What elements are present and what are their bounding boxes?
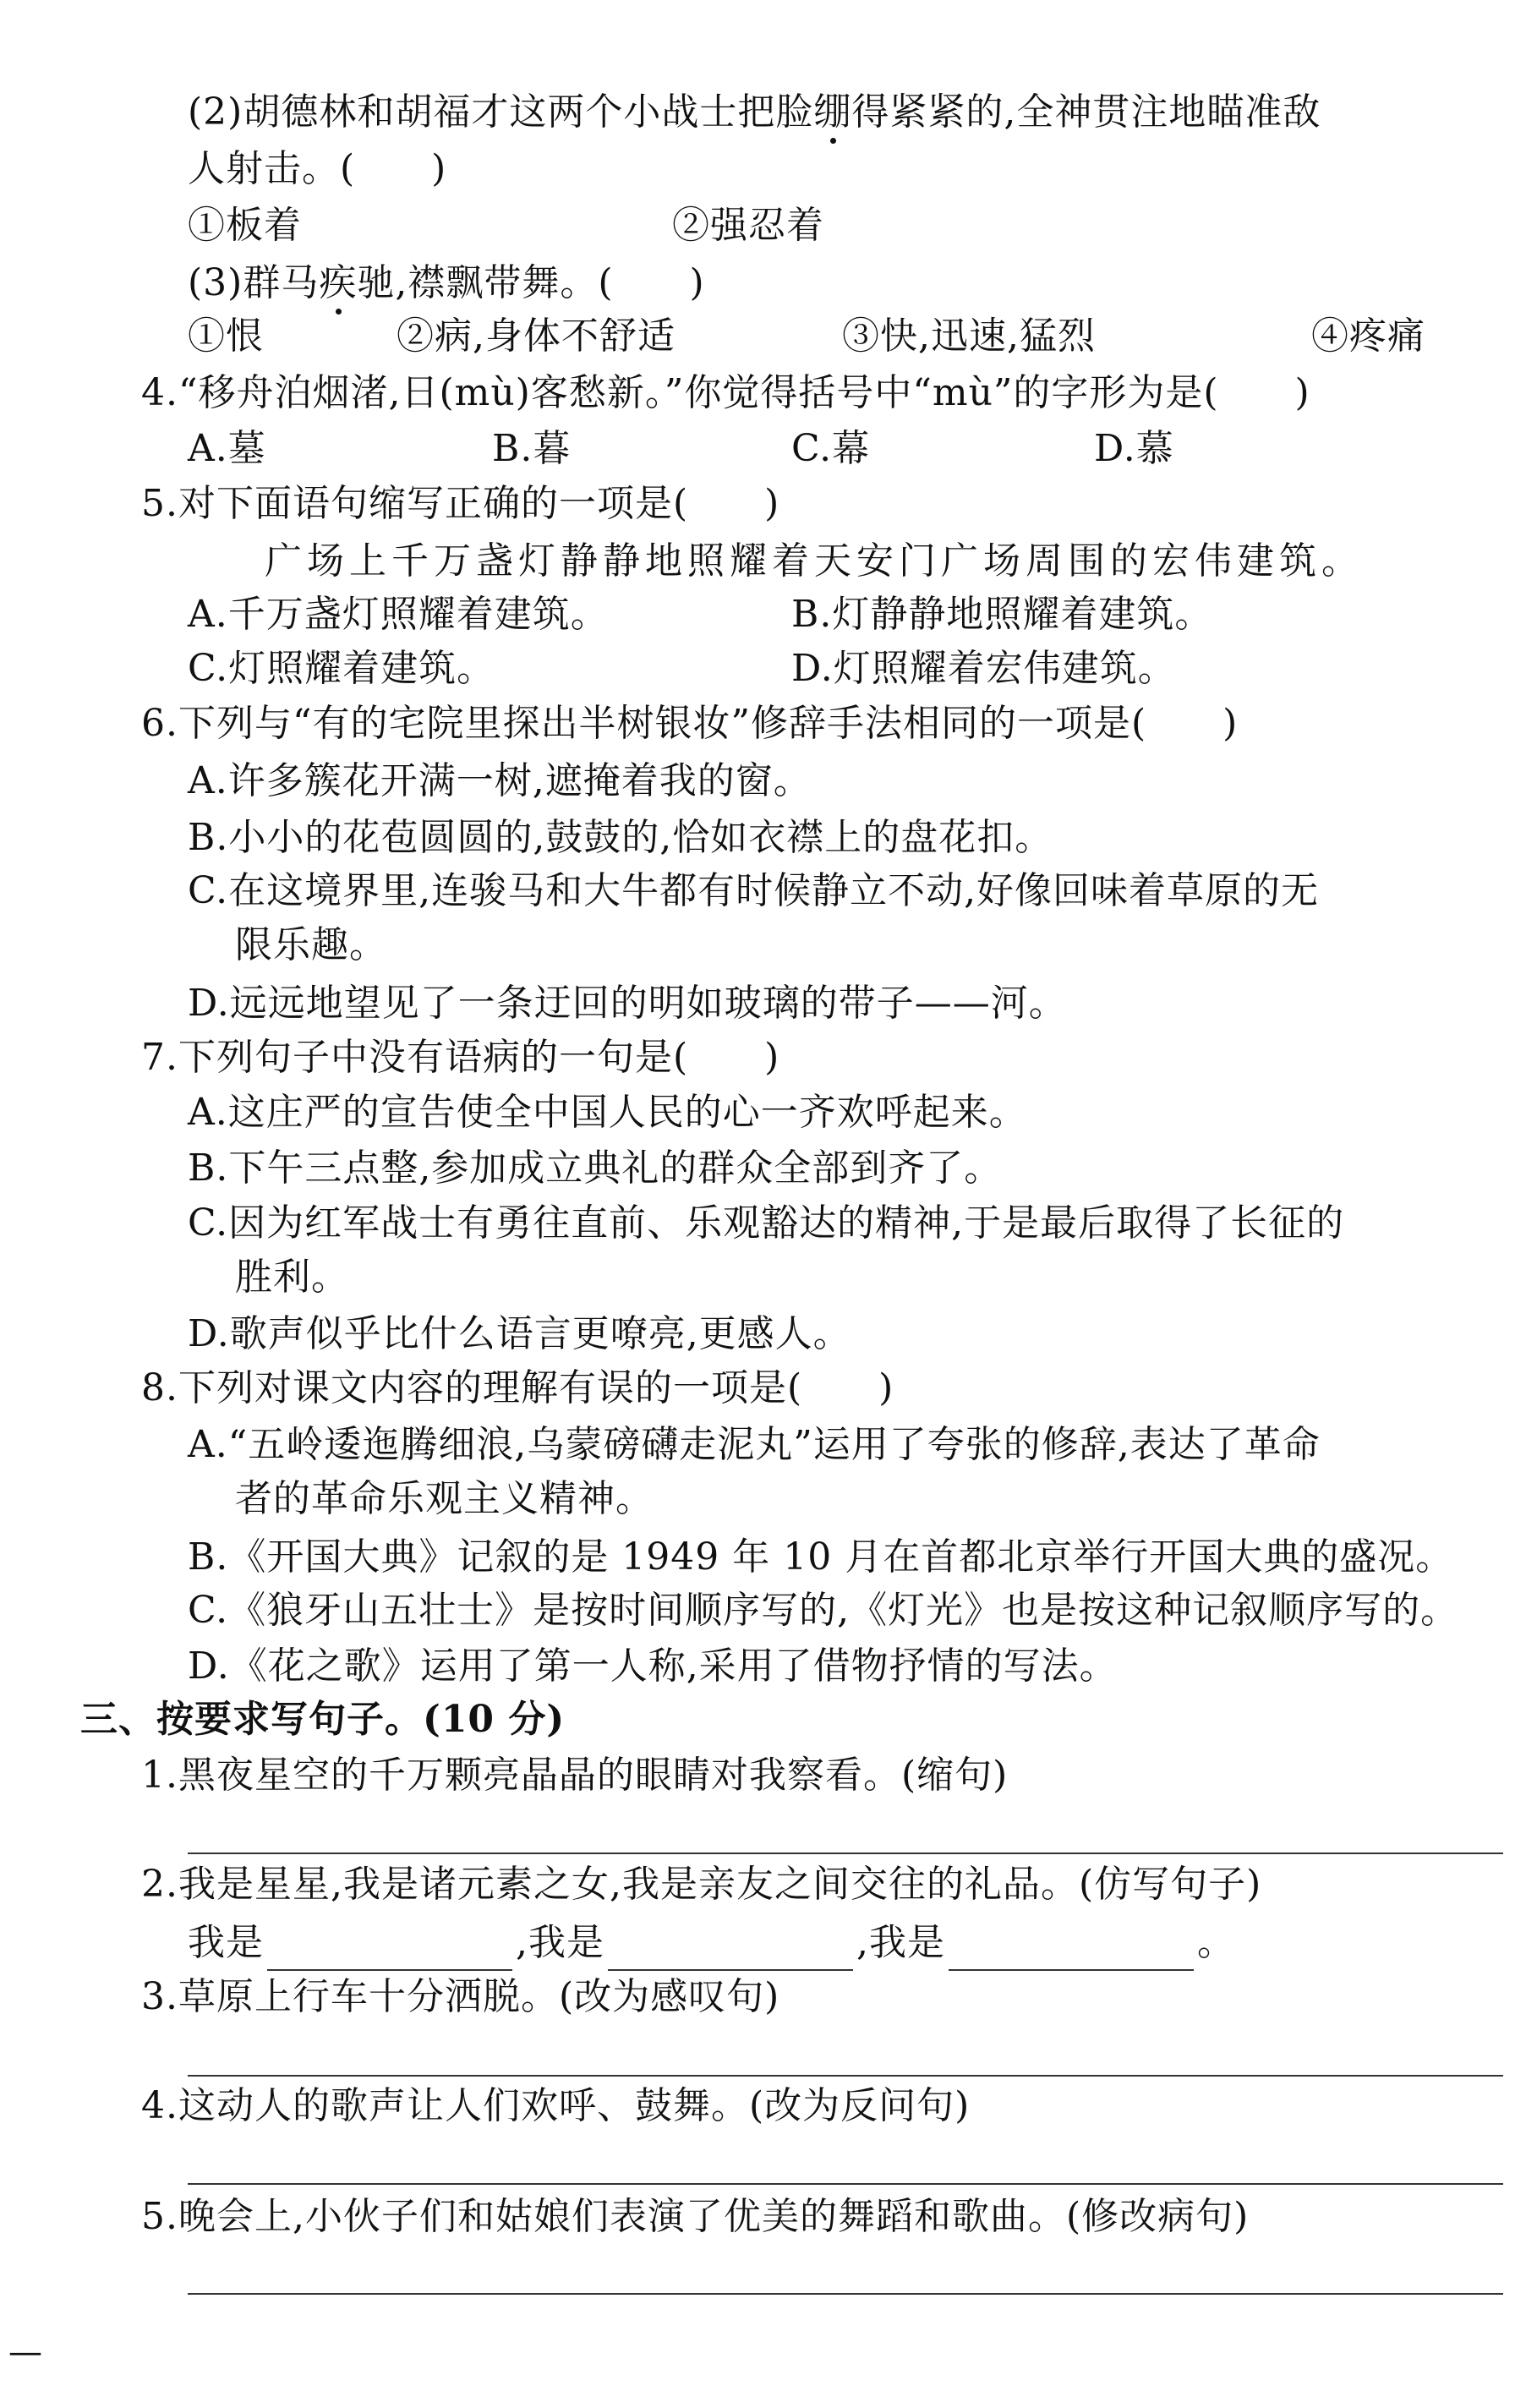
sub-question-2-line2: 人射击。( ) xyxy=(188,141,446,197)
option-c: C.灯照耀着建筑。 xyxy=(188,641,495,697)
fill-blank-3[interactable] xyxy=(949,1935,1194,1971)
option-a: A.这庄严的宣告使全中国人民的心一齐欢呼起来。 xyxy=(188,1085,1027,1141)
option-a-continued: 者的革命乐观主义精神。 xyxy=(235,1471,654,1527)
sub-question-text: (3)群马 xyxy=(188,261,319,304)
emphasis-dot-char: 绷 xyxy=(813,85,851,140)
answer-line[interactable] xyxy=(188,2183,1503,2185)
imitation-prefix: 我是 xyxy=(188,1921,264,1964)
fill-blank-2[interactable] xyxy=(608,1935,853,1971)
option-b: B.《开国大典》记叙的是 1949 年 10 月在首都北京举行开国大典的盛况。 xyxy=(188,1530,1453,1585)
answer-line[interactable] xyxy=(188,1853,1503,1854)
question-8-stem: 8.下列对课文内容的理解有误的一项是( ) xyxy=(141,1360,894,1416)
option-a: A.墓 xyxy=(188,421,266,477)
fill-blank-1[interactable] xyxy=(267,1935,512,1971)
option-d: D.灯照耀着宏伟建筑。 xyxy=(791,641,1176,697)
section-item-2: 2.我是星星,我是诸元素之女,我是亲友之间交往的礼品。(仿写句子) xyxy=(141,1857,1261,1913)
option-c: C.幕 xyxy=(791,421,870,477)
answer-line[interactable] xyxy=(188,2293,1503,2295)
section-item-4: 4.这动人的歌声让人们欢呼、鼓舞。(改为反问句) xyxy=(141,2078,970,2134)
imitation-line: 我是,我是,我是。 xyxy=(188,1915,1235,1971)
option-a: A.“五岭逶迤腾细浪,乌蒙磅礴走泥丸”运用了夸张的修辞,表达了革命 xyxy=(188,1417,1321,1473)
answer-line[interactable] xyxy=(188,2075,1503,2077)
option-b: B.下午三点整,参加成立典礼的群众全部到齐了。 xyxy=(188,1141,1002,1196)
sub-question-2: (2)胡德林和胡福才这两个小战士把脸绷得紧紧的,全神贯注地瞄准敌 xyxy=(188,85,1321,140)
option-d: D.慕 xyxy=(1094,421,1174,477)
question-7-stem: 7.下列句子中没有语病的一句是( ) xyxy=(141,1030,779,1086)
option-c: C.因为红军战士有勇往直前、乐观豁达的精神,于是最后取得了长征的 xyxy=(188,1196,1344,1251)
question-6-stem: 6.下列与“有的宅院里探出半树银妆”修辞手法相同的一项是( ) xyxy=(141,696,1238,752)
option-1: ①板着 xyxy=(188,198,302,254)
option-3: ③快,迅速,猛烈 xyxy=(842,309,1096,364)
section-item-3: 3.草原上行车十分洒脱。(改为感叹句) xyxy=(141,1969,779,2025)
option-4: ④疼痛 xyxy=(1311,309,1425,364)
option-d: D.歌声似乎比什么语言更嘹亮,更感人。 xyxy=(188,1306,851,1362)
option-2: ②强忍着 xyxy=(672,198,824,254)
option-a: A.千万盏灯照耀着建筑。 xyxy=(188,587,609,643)
question-5-sentence: 广场上千万盏灯静静地照耀着天安门广场周围的宏伟建筑。 xyxy=(265,534,1364,589)
option-c: C.《狼牙山五壮士》是按时间顺序写的,《灯光》也是按这种记叙顺序写的。 xyxy=(188,1583,1458,1639)
option-b: B.暮 xyxy=(492,421,571,477)
imitation-end: 。 xyxy=(1197,1921,1235,1964)
option-c-continued: 胜利。 xyxy=(235,1250,349,1305)
page-mark: — xyxy=(8,2324,43,2380)
imitation-separator: ,我是 xyxy=(516,1921,604,1964)
option-c-continued: 限乐趣。 xyxy=(235,917,387,973)
section-item-1: 1.黑夜星空的千万颗亮晶晶的眼睛对我察看。(缩句) xyxy=(141,1748,1008,1803)
imitation-separator: ,我是 xyxy=(856,1921,945,1964)
option-d: D.远远地望见了一条迂回的明如玻璃的带子——河。 xyxy=(188,976,1067,1032)
section-item-5: 5.晚会上,小伙子们和姑娘们表演了优美的舞蹈和歌曲。(修改病句) xyxy=(141,2189,1249,2245)
option-a: A.许多簇花开满一树,遮掩着我的窗。 xyxy=(188,753,812,809)
option-b: B.小小的花苞圆圆的,鼓鼓的,恰如衣襟上的盘花扣。 xyxy=(188,810,1053,866)
section-title: 三、按要求写句子。(10 分) xyxy=(80,1692,565,1748)
emphasis-dot-char: 疾 xyxy=(319,255,357,311)
question-4-stem: 4.“移舟泊烟渚,日(mù)客愁新。”你觉得括号中“mù”的字形为是( ) xyxy=(141,365,1310,421)
option-1: ①恨 xyxy=(188,309,264,364)
sub-question-3: (3)群马疾驰,襟飘带舞。( ) xyxy=(188,255,705,311)
sub-question-text: (2)胡德林和胡福才这两个小战士把脸 xyxy=(188,90,813,134)
option-b: B.灯静静地照耀着建筑。 xyxy=(791,587,1212,643)
option-2: ②病,身体不舒适 xyxy=(397,309,676,364)
option-c: C.在这境界里,连骏马和大牛都有时候静立不动,好像回味着草原的无 xyxy=(188,863,1319,919)
question-5-stem: 5.对下面语句缩写正确的一项是( ) xyxy=(141,476,779,532)
sub-question-text: 得紧紧的,全神贯注地瞄准敌 xyxy=(851,90,1321,134)
option-d: D.《花之歌》运用了第一人称,采用了借物抒情的写法。 xyxy=(188,1639,1118,1694)
sub-question-text: 驰,襟飘带舞。( ) xyxy=(357,261,704,304)
